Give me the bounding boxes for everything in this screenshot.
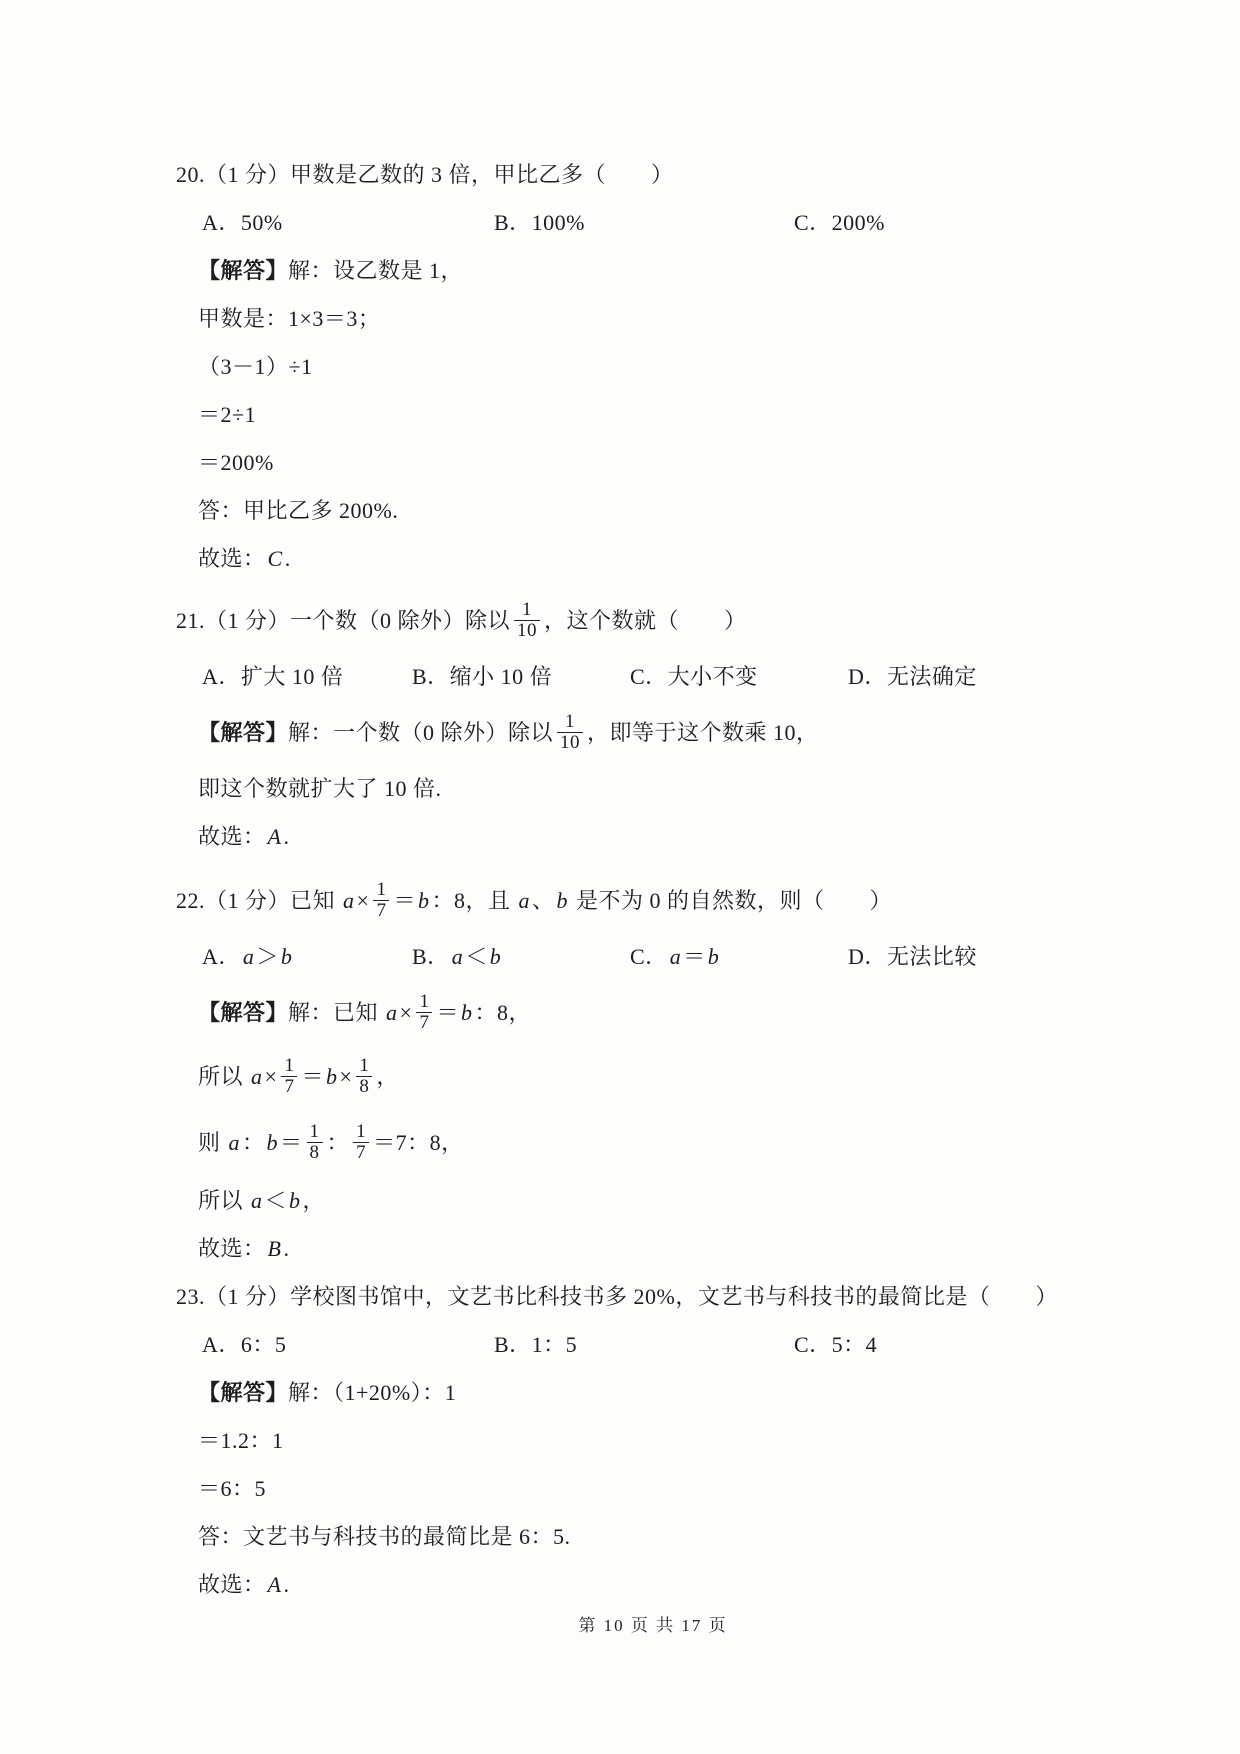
- question-20-options-row: A．50%B．100%C．200%: [176, 199, 1130, 247]
- option-b: B．a＜b: [412, 933, 630, 981]
- solution-line: ＝6：5: [176, 1465, 1130, 1513]
- math-variable: b: [279, 944, 295, 969]
- math-variable: a: [384, 1000, 400, 1025]
- option-c: C．5：4: [794, 1321, 1130, 1369]
- question-20-title: 20.（1 分）甲数是乙数的 3 倍，甲比乙多（ ）: [176, 151, 1130, 199]
- solution-line: 所以 a＜b，: [176, 1177, 1130, 1225]
- fraction: 18: [356, 1056, 372, 1098]
- option-a: A．6：5: [202, 1321, 494, 1369]
- option-c: C．200%: [794, 199, 1130, 247]
- fraction: 17: [416, 992, 432, 1034]
- math-variable: b: [459, 1000, 475, 1025]
- solution-line: ＝2÷1: [176, 391, 1130, 439]
- question-21-title: 21.（1 分）一个数（0 除外）除以110，这个数就（ ）: [176, 589, 1130, 653]
- math-variable: B: [266, 1236, 284, 1261]
- math-variable: C: [266, 546, 285, 571]
- math-variable: A: [266, 824, 284, 849]
- exam-answer-page: 20.（1 分）甲数是乙数的 3 倍，甲比乙多（ ） A．50%B．100%C．…: [0, 0, 1240, 1754]
- math-variable: A: [266, 1572, 284, 1597]
- fraction: 17: [373, 880, 389, 922]
- math-variable: a: [249, 1188, 265, 1213]
- option-a: A．扩大 10 倍: [202, 653, 412, 701]
- solution-tag: 【解答】: [198, 1380, 288, 1405]
- fraction: 17: [281, 1056, 297, 1098]
- math-variable: a: [341, 888, 357, 913]
- solution-line: 【解答】解：已知 a×17＝b：8，: [176, 981, 1130, 1045]
- solution-line: 即这个数就扩大了 10 倍.: [176, 765, 1130, 813]
- solution-tag: 【解答】: [198, 1000, 288, 1025]
- option-b: B．缩小 10 倍: [412, 653, 630, 701]
- question-22-title: 22.（1 分）已知 a×17＝b：8，且 a、b 是不为 0 的自然数，则（ …: [176, 869, 1130, 933]
- question-23-title: 23.（1 分）学校图书馆中，文艺书比科技书多 20%，文艺书与科技书的最简比是…: [176, 1273, 1130, 1321]
- solution-line: 【解答】解：设乙数是 1，: [176, 247, 1130, 295]
- math-variable: b: [706, 944, 722, 969]
- solution-line: ＝200%: [176, 439, 1130, 487]
- answer-line: 故选：A.: [176, 1561, 1130, 1609]
- solution-line: 【解答】解：一个数（0 除外）除以110，即等于这个数乘 10，: [176, 701, 1130, 765]
- fraction: 17: [353, 1122, 369, 1164]
- option-a: A．a＞b: [202, 933, 412, 981]
- math-variable: b: [287, 1188, 303, 1213]
- math-variable: b: [416, 888, 432, 913]
- answer-line: 故选：C.: [176, 535, 1130, 583]
- solution-line: 答：甲比乙多 200%.: [176, 487, 1130, 535]
- solution-line: 【解答】解：（1+20%）：1: [176, 1369, 1130, 1417]
- math-variable: b: [554, 888, 570, 913]
- math-variable: a: [668, 944, 684, 969]
- question-22-options-row: A．a＞bB．a＜bC．a＝bD．无法比较: [176, 933, 1130, 981]
- answer-line: 故选：A.: [176, 813, 1130, 861]
- solution-tag: 【解答】: [198, 720, 288, 745]
- page-content: 20.（1 分）甲数是乙数的 3 倍，甲比乙多（ ） A．50%B．100%C．…: [0, 0, 1240, 1636]
- fraction: 18: [307, 1122, 323, 1164]
- page-footer: 第 10 页 共 17 页: [176, 1611, 1130, 1636]
- fraction: 110: [557, 712, 583, 754]
- solution-line: （3－1）÷1: [176, 343, 1130, 391]
- option-d: D．无法确定: [848, 653, 1130, 701]
- math-variable: a: [450, 944, 466, 969]
- solution-line: 答：文艺书与科技书的最简比是 6：5.: [176, 1513, 1130, 1561]
- math-variable: b: [324, 1064, 340, 1089]
- question-22: 22.（1 分）已知 a×17＝b：8，且 a、b 是不为 0 的自然数，则（ …: [176, 869, 1130, 1273]
- math-variable: b: [488, 944, 504, 969]
- question-23-options-row: A．6：5B．1：5C．5：4: [176, 1321, 1130, 1369]
- solution-line: 所以 a×17＝b×18，: [176, 1045, 1130, 1109]
- question-21-options-row: A．扩大 10 倍B．缩小 10 倍C．大小不变D．无法确定: [176, 653, 1130, 701]
- question-21: 21.（1 分）一个数（0 除外）除以110，这个数就（ ） A．扩大 10 倍…: [176, 589, 1130, 861]
- option-b: B．100%: [494, 199, 794, 247]
- option-c: C．大小不变: [630, 653, 848, 701]
- option-b: B．1：5: [494, 1321, 794, 1369]
- solution-tag: 【解答】: [198, 258, 288, 283]
- solution-line: ＝1.2：1: [176, 1417, 1130, 1465]
- fraction: 110: [514, 600, 540, 642]
- math-variable: a: [241, 944, 257, 969]
- option-c: C．a＝b: [630, 933, 848, 981]
- option-d: D．无法比较: [848, 933, 1130, 981]
- answer-line: 故选：B.: [176, 1225, 1130, 1273]
- question-23: 23.（1 分）学校图书馆中，文艺书比科技书多 20%，文艺书与科技书的最简比是…: [176, 1273, 1130, 1609]
- math-variable: a: [516, 888, 532, 913]
- solution-line: 甲数是：1×3＝3；: [176, 295, 1130, 343]
- math-variable: a: [227, 1130, 243, 1155]
- math-variable: b: [265, 1130, 281, 1155]
- option-a: A．50%: [202, 199, 494, 247]
- math-variable: a: [249, 1064, 265, 1089]
- solution-line: 则 a：b＝18：17＝7：8，: [176, 1109, 1130, 1177]
- question-20: 20.（1 分）甲数是乙数的 3 倍，甲比乙多（ ） A．50%B．100%C．…: [176, 151, 1130, 583]
